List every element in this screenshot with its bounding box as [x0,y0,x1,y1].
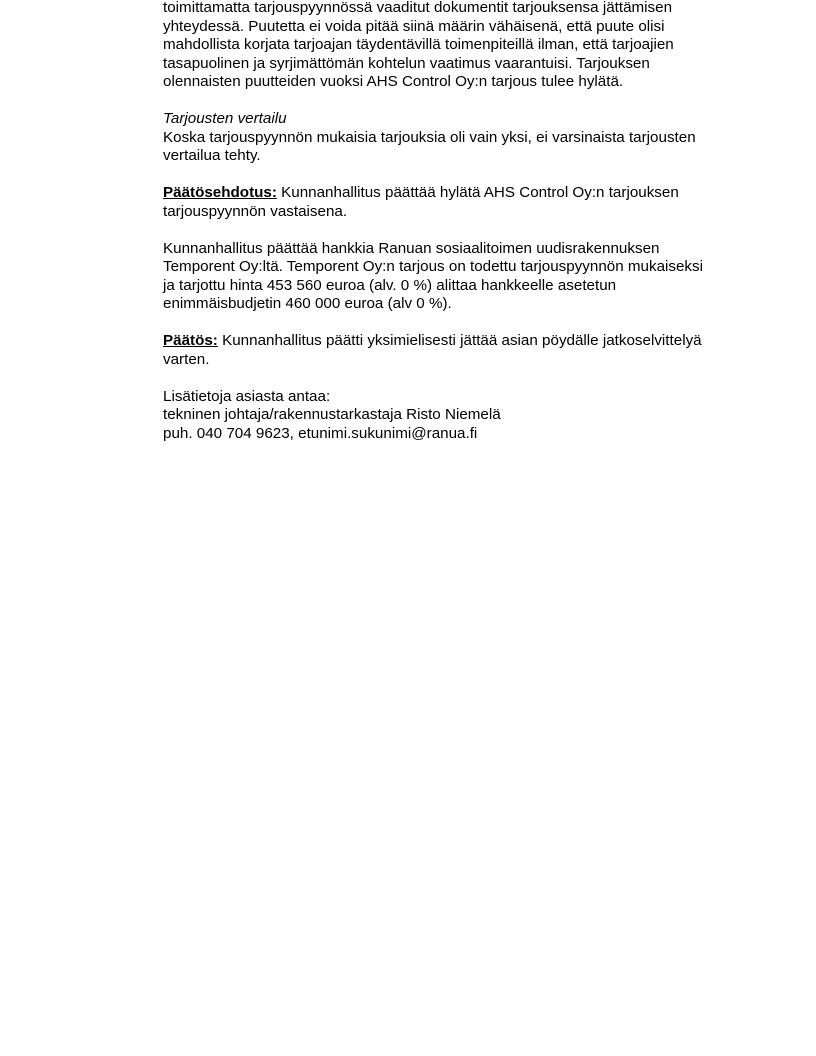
decision-paragraph: Päätös: Kunnanhallitus päätti yksimielis… [163,332,753,369]
comparison-paragraph: Koska tarjouspyynnön mukaisia tarjouksia… [163,129,753,166]
paragraph-spacer [163,369,753,388]
intro-continuation-paragraph: toimittamatta tarjouspyynnössä vaaditut … [163,0,753,92]
paragraph-spacer [163,221,753,240]
paragraph-spacer [163,314,753,333]
paragraph-spacer [163,92,753,111]
contact-heading: Lisätietoja asiasta antaa: [163,388,753,407]
proposal-label: Päätösehdotus: [163,184,277,201]
contact-person: tekninen johtaja/rakennustarkastaja Rist… [163,406,753,425]
paragraph-spacer [163,166,753,185]
document-page: toimittamatta tarjouspyynnössä vaaditut … [163,0,753,443]
comparison-heading: Tarjousten vertailu [163,110,753,129]
decision-text: Kunnanhallitus päätti yksimielisesti jät… [163,332,702,368]
proposal-paragraph: Päätösehdotus: Kunnanhallitus päättää hy… [163,184,753,221]
procurement-paragraph: Kunnanhallitus päättää hankkia Ranuan so… [163,240,753,314]
contact-details: puh. 040 704 9623, etunimi.sukunimi@ranu… [163,425,753,444]
decision-label: Päätös: [163,332,218,349]
